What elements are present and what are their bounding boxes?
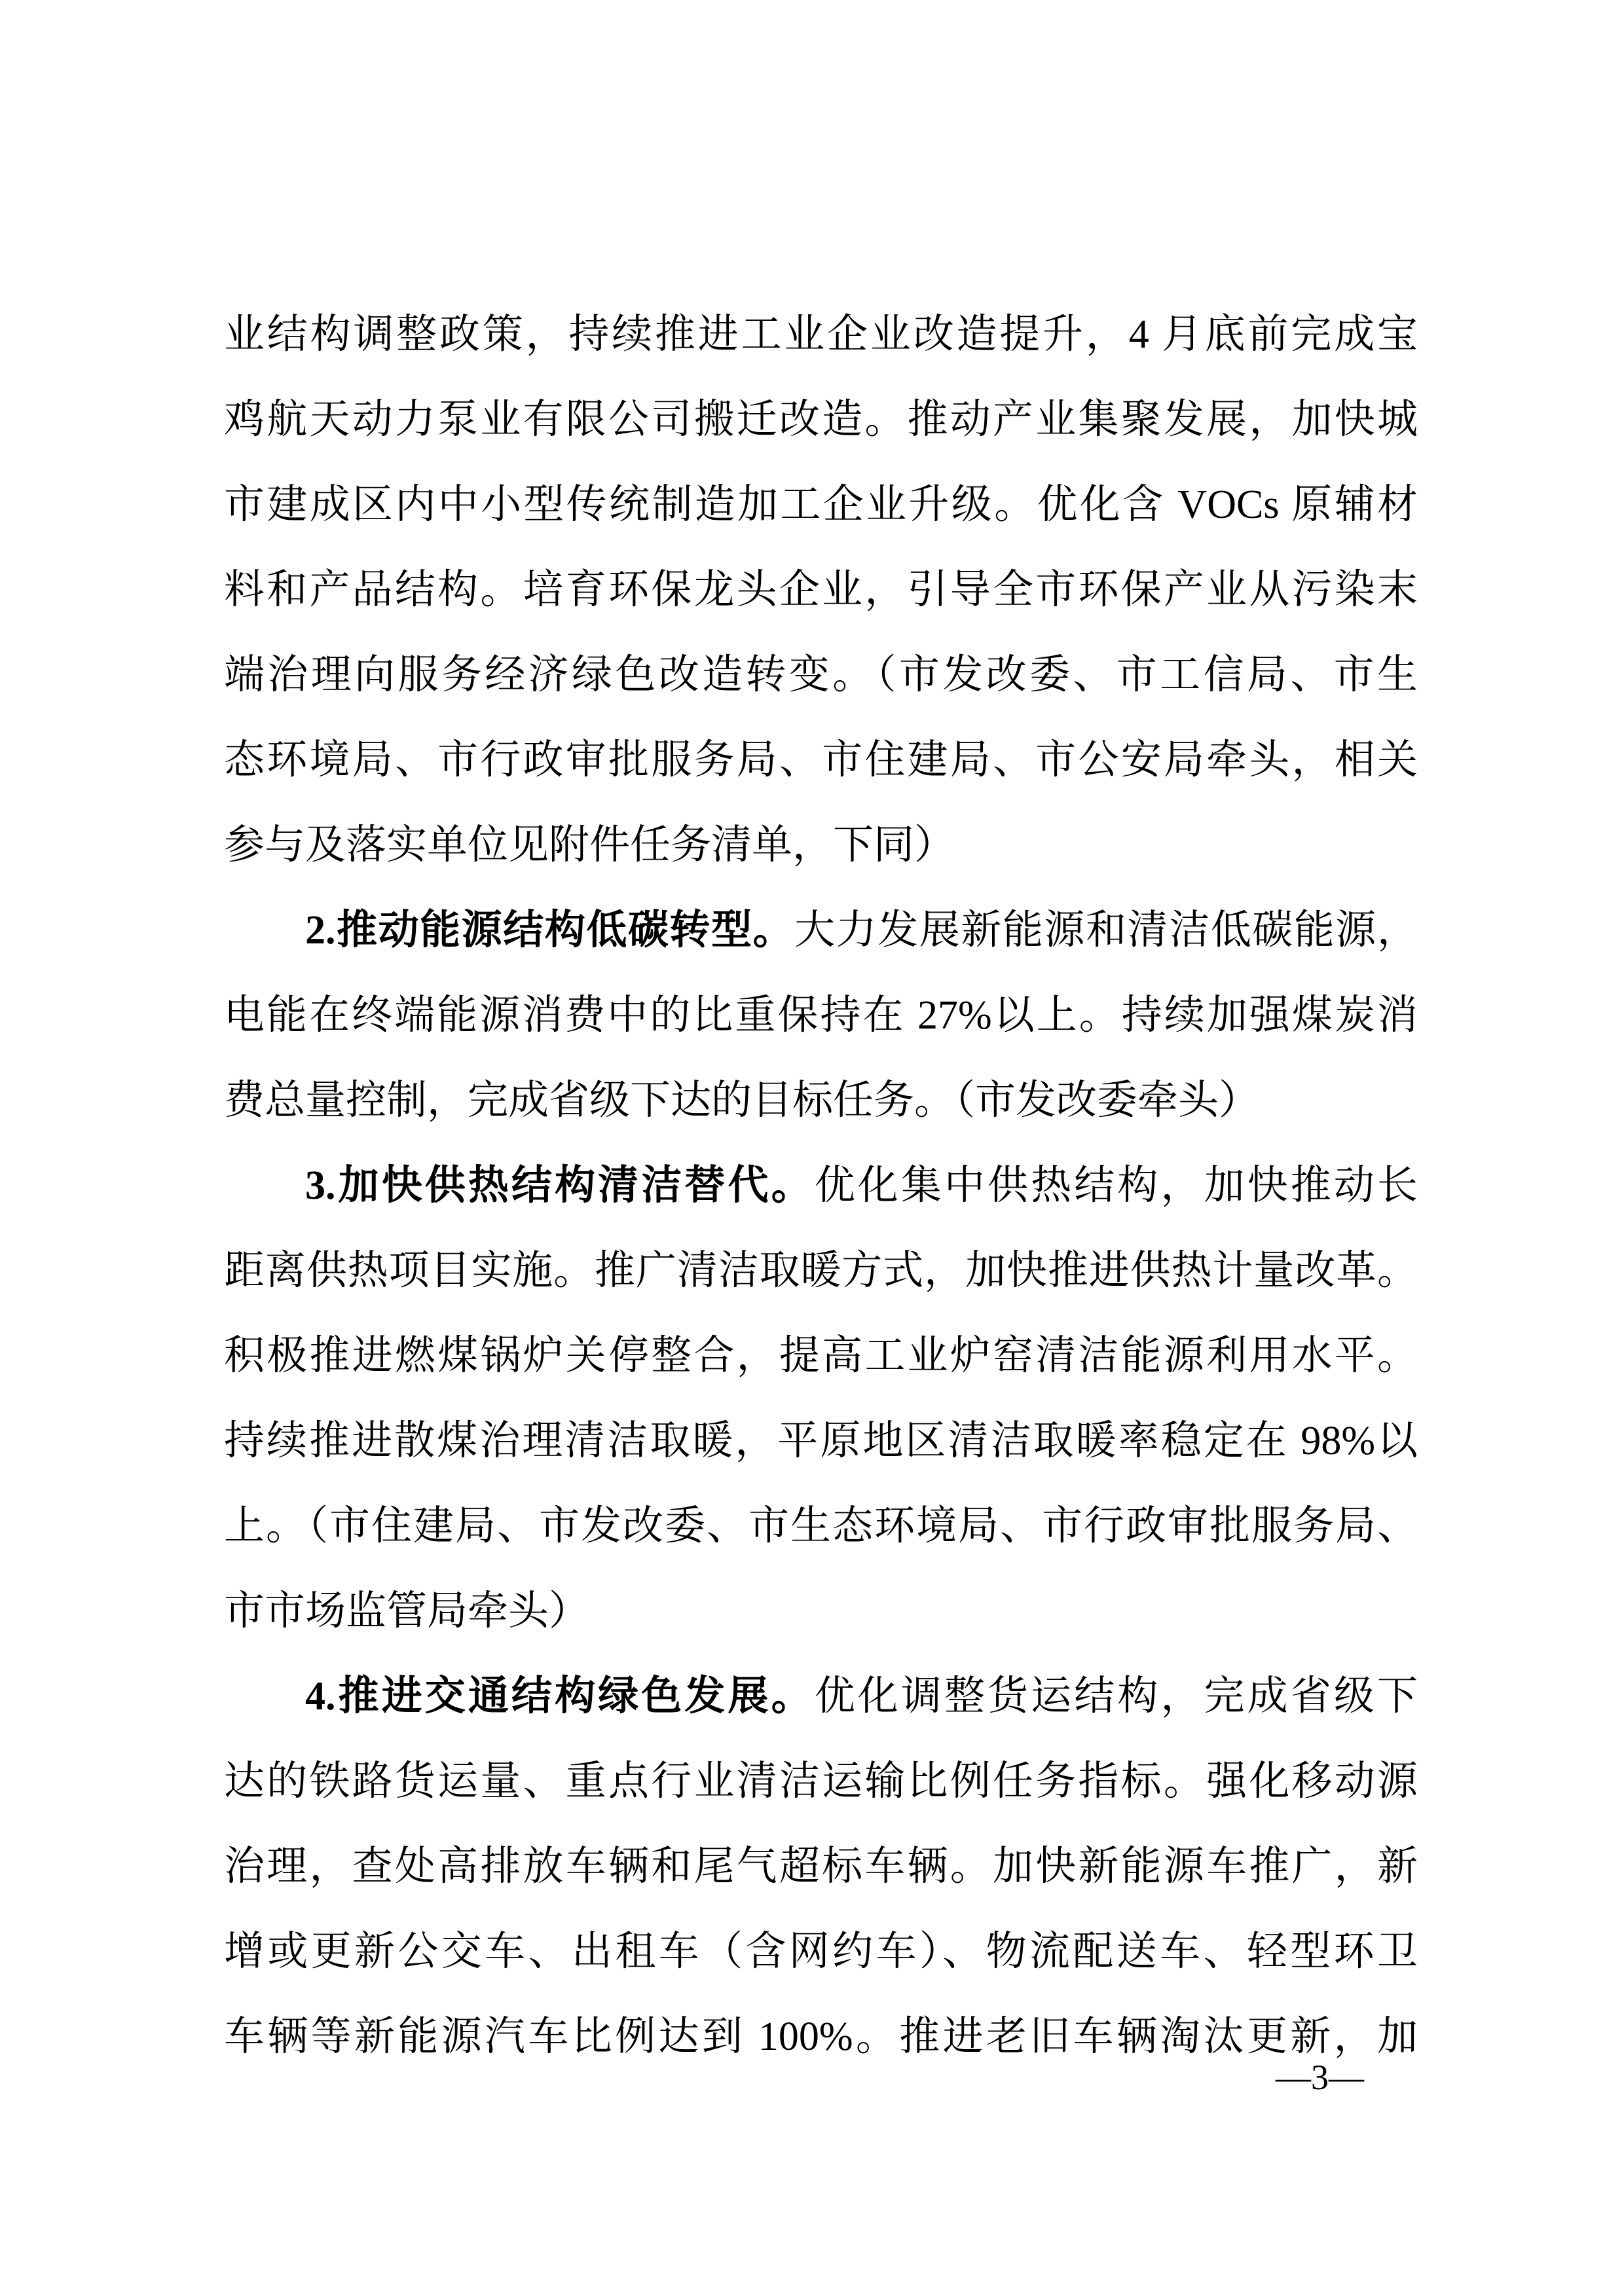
- text-line: 4.推进交通结构绿色发展。优化调整货运结构，完成省级下: [224, 1654, 1418, 1739]
- item-4-heading: 4.推进交通结构绿色发展。: [305, 1674, 815, 1719]
- text-line: 持续推进散煤治理清洁取暖，平原地区清洁取暖率稳定在 98%以: [224, 1398, 1418, 1484]
- text-line: 态环境局、市行政审批服务局、市住建局、市公安局牵头，相关: [224, 718, 1418, 803]
- text-line: 业结构调整政策，持续推进工业企业改造提升，4 月底前完成宝: [224, 292, 1418, 377]
- item-3-body-start: 优化集中供热结构，加快推动长: [815, 1163, 1418, 1208]
- text-line: 费总量控制，完成省级下达的目标任务。（市发改委牵头）: [224, 1058, 1418, 1143]
- item-2-body-start: 大力发展新能源和清洁低碳能源，: [794, 908, 1418, 953]
- item-2-heading: 2.推动能源结构低碳转型。: [305, 908, 794, 953]
- text-line: 达的铁路货运量、重点行业清洁运输比例任务指标。强化移动源: [224, 1739, 1418, 1824]
- document-page: 业结构调整政策，持续推进工业企业改造提升，4 月底前完成宝 鸡航天动力泵业有限公…: [0, 0, 1624, 2296]
- item-4-body-start: 优化调整货运结构，完成省级下: [815, 1674, 1418, 1719]
- text-line: 料和产品结构。培育环保龙头企业，引导全市环保产业从污染末: [224, 547, 1418, 632]
- text-line: 端治理向服务经济绿色改造转变。（市发改委、市工信局、市生: [224, 632, 1418, 718]
- text-line: 距离供热项目实施。推广清洁取暖方式，加快推进供热计量改革。: [224, 1228, 1418, 1313]
- body-text: 业结构调整政策，持续推进工业企业改造提升，4 月底前完成宝 鸡航天动力泵业有限公…: [224, 292, 1418, 2079]
- text-line: 市建成区内中小型传统制造加工企业升级。优化含 VOCs 原辅材: [224, 462, 1418, 547]
- text-line: 2.推动能源结构低碳转型。大力发展新能源和清洁低碳能源，: [224, 888, 1418, 973]
- text-line: 增或更新公交车、出租车（含网约车）、物流配送车、轻型环卫: [224, 1909, 1418, 1994]
- text-line: 治理，查处高排放车辆和尾气超标车辆。加快新能源车推广，新: [224, 1824, 1418, 1909]
- page-number: —3—: [1276, 2054, 1364, 2100]
- text-line: 积极推进燃煤锅炉关停整合，提高工业炉窑清洁能源利用水平。: [224, 1313, 1418, 1398]
- text-line: 电能在终端能源消费中的比重保持在 27%以上。持续加强煤炭消: [224, 973, 1418, 1058]
- text-line: 上。（市住建局、市发改委、市生态环境局、市行政审批服务局、: [224, 1484, 1418, 1569]
- text-line: 市市场监管局牵头）: [224, 1569, 1418, 1654]
- text-line: 参与及落实单位见附件任务清单，下同）: [224, 803, 1418, 888]
- text-line: 车辆等新能源汽车比例达到 100%。推进老旧车辆淘汰更新，加: [224, 1994, 1418, 2079]
- text-line: 鸡航天动力泵业有限公司搬迁改造。推动产业集聚发展，加快城: [224, 377, 1418, 462]
- text-line: 3.加快供热结构清洁替代。优化集中供热结构，加快推动长: [224, 1143, 1418, 1228]
- item-3-heading: 3.加快供热结构清洁替代。: [305, 1163, 815, 1208]
